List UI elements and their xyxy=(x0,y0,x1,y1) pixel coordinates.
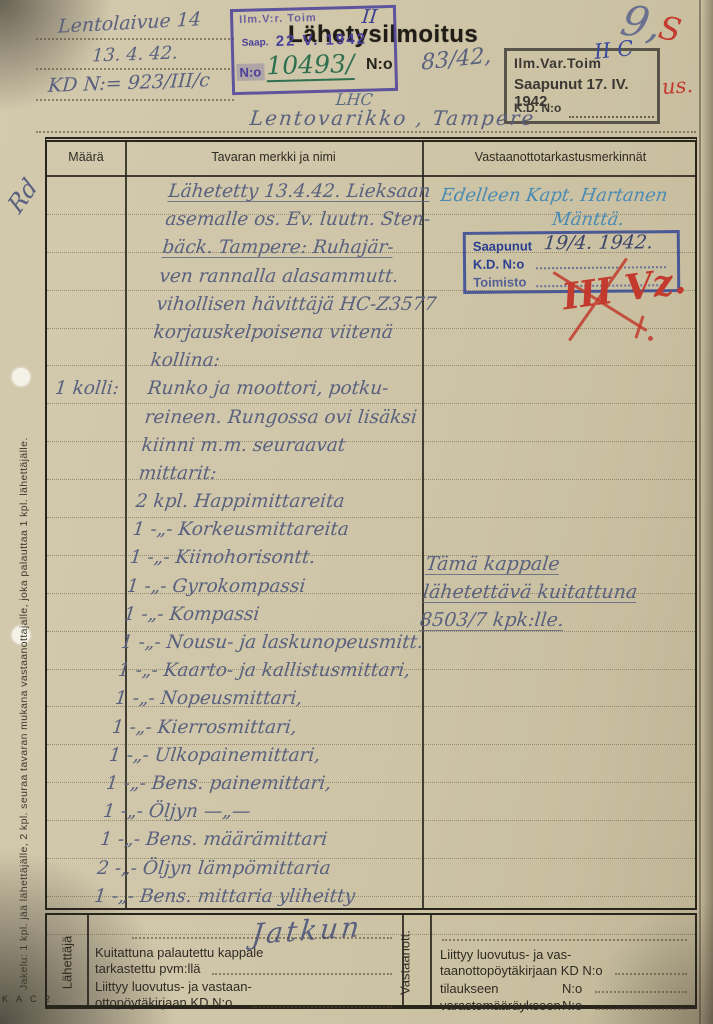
dotted-line xyxy=(442,939,687,941)
blue-stamp-kd-label: K.D. N:o xyxy=(473,256,524,271)
hand-line: reineen. Rungossa ovi lisäksi xyxy=(143,407,438,435)
hand-line: Tämä kappale xyxy=(424,550,697,578)
form-code: K A C 2 xyxy=(2,994,53,1004)
hand-line: 1 -„- Kompassi xyxy=(122,604,417,632)
red-us-mark: us. xyxy=(661,73,694,99)
dotted-line xyxy=(595,991,687,993)
dotted-line xyxy=(212,973,392,975)
divider xyxy=(430,915,432,1005)
footer-right-line4-no: N:o xyxy=(562,998,582,1013)
hand-line: 1 -„- Nousu- ja laskunopeusmitt. xyxy=(119,632,414,660)
footer-left-line2: tarkastettu pvm:llä xyxy=(95,961,201,976)
divider xyxy=(87,915,89,1005)
purple-stamp-received-label: Saap. xyxy=(242,37,269,49)
sender-vertical-label: Lähettäjä xyxy=(60,925,75,1001)
red-dot xyxy=(648,336,653,341)
hand-line: Edelleen Kapt. Hartanen xyxy=(439,184,697,208)
dotted-line xyxy=(132,937,392,939)
margin-pencil-scribble: Rd xyxy=(3,173,43,219)
footer-left-line1: Kuitattuna palautettu kappale xyxy=(95,945,263,960)
hand-kd-number: KD N:= 923/III/c xyxy=(47,69,210,97)
hand-line: 1 -„- Bens. painemittari, xyxy=(104,773,399,801)
col-header-item: Tavaran merkki ja nimi xyxy=(125,150,422,164)
footer-right-line1: Liittyy luovutus- ja vas- xyxy=(440,947,572,962)
hand-line: Lähetetty 13.4.42. Lieksaan xyxy=(167,181,462,209)
dotted-line xyxy=(36,99,234,101)
purple-stamp-no-value: 10493/ xyxy=(266,49,355,82)
hand-line: bäck. Tampere: Ruhajär- xyxy=(161,237,456,265)
hand-line: vihollisen hävittäjä HC-Z3577 xyxy=(155,294,450,322)
receiver-vertical-label: Vastaanott. xyxy=(398,925,413,1001)
distribution-note: Jakelu: 1 kpl. jää lähettäjälle, 2 kpl. … xyxy=(18,290,30,990)
col-header-quantity: Määrä xyxy=(47,150,125,164)
footer-left-line4: ottopöytäkirjaan KD N:o xyxy=(95,995,232,1010)
hand-depot: Lentovarikko , Tampere xyxy=(249,106,537,130)
hand-line: 2 -„- Öljyn lämpömittaria xyxy=(95,858,390,886)
hand-unit: Lentolaivue 14 xyxy=(58,8,202,38)
forwarding-note: Edelleen Kapt. Hartanen Mänttä. xyxy=(436,184,698,232)
hand-line: 1 -„- Korkeusmittareita xyxy=(131,519,426,547)
hand-line: mittarit: xyxy=(137,463,432,491)
footer-left-line3: Liittyy luovutus- ja vastaan- xyxy=(95,979,252,994)
hand-line: lähetettävä kuitattuna xyxy=(422,578,695,606)
dotted-line xyxy=(615,973,687,975)
hand-line: asemalle os. Ev. luutn. Sten- xyxy=(164,209,459,237)
footer-right-line3-no: N:o xyxy=(562,981,582,996)
hand-line: kiinni m.m. seuraavat xyxy=(140,435,435,463)
blue-stamp-received-label: Saapunut xyxy=(473,238,532,254)
hand-line: 1 -„- Bens. määrämittari xyxy=(98,829,393,857)
blue-stamp-office-label: Toimisto xyxy=(473,274,526,289)
footer-right-line2: taanottopöytäkirjaan KD N:o xyxy=(440,963,603,978)
blue-iic-mark: II C xyxy=(593,36,635,64)
hand-line: kollina: xyxy=(149,350,444,378)
purple-stamp-no-label: N:o xyxy=(236,63,264,81)
hand-line: 1 -„- Kiinohorisontt. xyxy=(128,547,423,575)
footer-right-line4: varastomääräykseen xyxy=(440,998,561,1013)
dotted-line xyxy=(36,131,696,133)
receipt-instruction-note: Tämä kappale lähetettävä kuitattuna 8503… xyxy=(419,550,698,634)
hand-line: ven rannalla alasammutt. xyxy=(158,266,453,294)
hand-line: 1 -„- Ulkopainemittari, xyxy=(107,745,402,773)
page-edge-shadow xyxy=(701,0,713,1024)
purple-stamp-received-date: 22 V. 1942 xyxy=(276,31,368,50)
hand-line: korjauskelpoisena viitenä xyxy=(152,322,447,350)
hand-line: 1 -„- Kaarto- ja kallistusmittari, xyxy=(116,660,411,688)
blue-stamp-received-value: 19/4. 1942. xyxy=(543,231,654,254)
hand-line: 1 -„- Gyrokompassi xyxy=(125,576,420,604)
dotted-line xyxy=(595,1008,687,1010)
hand-line: 1 -„- Bens. mittaria yliheitty xyxy=(92,886,387,914)
col-header-inspection: Vastaanottotarkastusmerkinnät xyxy=(422,150,699,164)
dotted-line xyxy=(252,1006,392,1008)
dotted-line xyxy=(36,38,234,40)
footer-boxes: Lähettäjä Vastaanott. Kuitattuna palaute… xyxy=(45,913,697,1009)
dotted-line xyxy=(569,116,654,118)
hand-line: 1 -„- Öljyn —„— xyxy=(101,801,396,829)
hand-line: 1 -„- Kierrosmittari, xyxy=(110,717,405,745)
hand-date: 13. 4. 42. xyxy=(91,42,178,66)
hand-line: 1 -„- Nopeusmittari, xyxy=(113,688,408,716)
hand-line: Mänttä. xyxy=(551,208,694,232)
hand-quantity: 1 kolli: xyxy=(54,378,120,399)
footer-right-line3: tilaukseen xyxy=(440,981,499,996)
hand-line: 8503/7 kpk:lle. xyxy=(419,606,692,634)
black-stamp-office: Ilm.Var.Toim xyxy=(514,55,601,71)
hand-line: Runko ja moottori, potku- xyxy=(146,378,441,406)
scanned-form-paper: Lentolaivue 14 13. 4. 42. KD N:= 923/III… xyxy=(0,0,713,1024)
hand-line: 2 kpl. Happimittareita xyxy=(134,491,429,519)
hand-roman-two: II xyxy=(361,6,378,28)
purple-stamp-office: Ilm.V:r. Toim xyxy=(239,12,317,26)
